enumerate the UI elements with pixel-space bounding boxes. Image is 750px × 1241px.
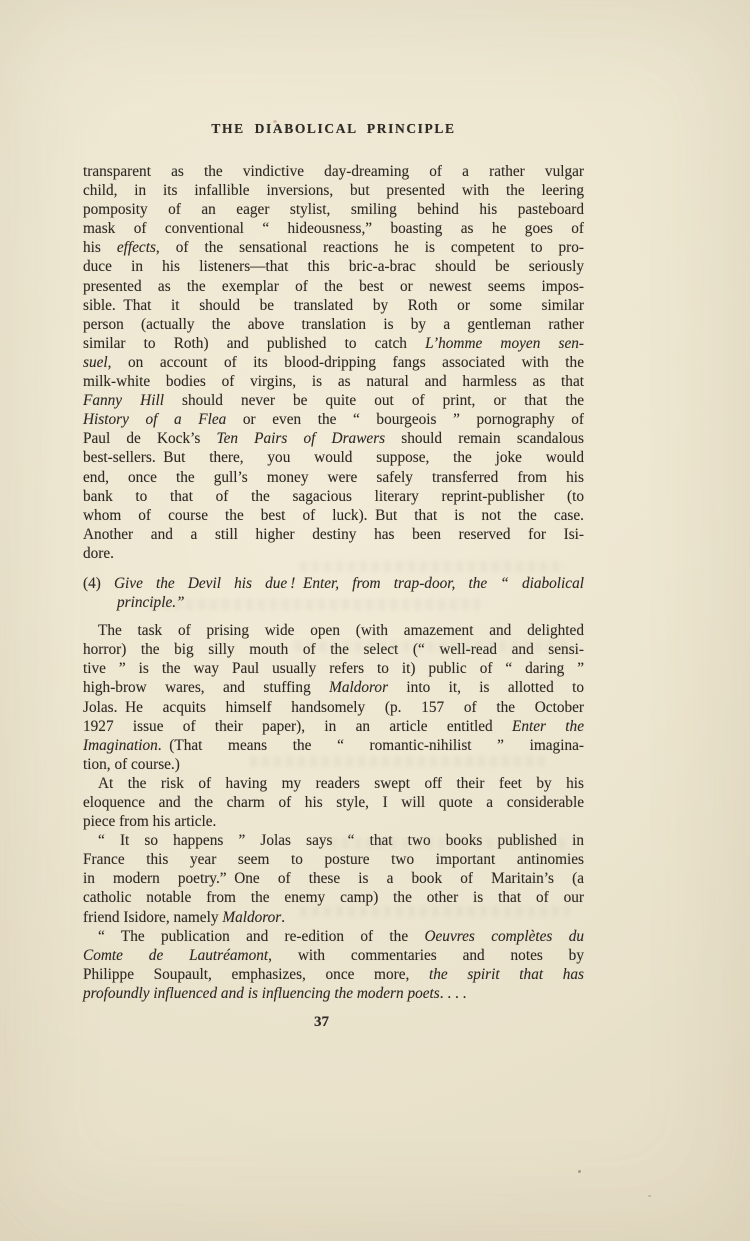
text-line: horror) the big silly mouth of the selec… [83, 640, 584, 659]
section-heading-4: (4) Give the Devil his due ! Enter, from… [83, 574, 584, 612]
text-line: History of a Flea or even the “ bourgeoi… [83, 410, 584, 429]
text-line: profoundly influenced and is influencing… [83, 984, 584, 1003]
paragraph-it-so-happens: “ It so happens ” Jolas says “ that two … [83, 831, 584, 926]
text-line: Another and a still higher destiny has b… [83, 525, 584, 544]
text-line: friend Isidore, namely Maldoror. [83, 908, 584, 927]
text-line: similar to Roth) and published to catch … [83, 334, 584, 353]
text-line: principle.” [83, 593, 584, 612]
text-line: his effects, of the sensational reaction… [83, 238, 584, 257]
text-line: Philippe Soupault, emphasizes, once more… [83, 965, 584, 984]
text-line: mask of conventional “ hideousness,” boa… [83, 219, 584, 238]
text-block: transparent as the vindictive day-dreami… [83, 162, 584, 1003]
text-line: suel, on account of its blood-dripping f… [83, 353, 584, 372]
text-line: At the risk of having my readers swept o… [83, 774, 584, 793]
text-line: piece from his article. [83, 812, 584, 831]
paragraph-task-of-prising: The task of prising wide open (with amaz… [83, 621, 584, 774]
text-line: presented as the exemplar of the best or… [83, 277, 584, 296]
paper-speck [578, 1170, 581, 1173]
text-line: high-brow wares, and stuffing Maldoror i… [83, 678, 584, 697]
text-line: dore. [83, 544, 584, 563]
text-line: child, in its infallible inversions, but… [83, 181, 584, 200]
text-line: tion, of course.) [83, 755, 584, 774]
page-number: 37 [71, 1012, 572, 1032]
text-line: milk-white bodies of virgins, is as natu… [83, 372, 584, 391]
text-line: Comte de Lautréamont, with commentaries … [83, 946, 584, 965]
text-line: “ It so happens ” Jolas says “ that two … [83, 831, 584, 850]
text-line: Paul de Kock’s Ten Pairs of Drawers shou… [83, 429, 584, 448]
text-line: (4) Give the Devil his due ! Enter, from… [83, 574, 584, 593]
text-line: whom of course the best of luck). But th… [83, 506, 584, 525]
text-line: eloquence and the charm of his style, I … [83, 793, 584, 812]
text-line: bank to that of the sagacious literary r… [83, 487, 584, 506]
text-line: in modern poetry.” One of these is a boo… [83, 869, 584, 888]
text-line: pomposity of an eager stylist, smiling b… [83, 200, 584, 219]
text-line: 1927 issue of their paper), in an articl… [83, 717, 584, 736]
text-line: duce in his listeners—that this bric-a-b… [83, 257, 584, 276]
text-line: The task of prising wide open (with amaz… [83, 621, 584, 640]
text-line: end, once the gull’s money were safely t… [83, 468, 584, 487]
text-line: tive ” is the way Paul usually refers to… [83, 659, 584, 678]
text-line: best-sellers. But there, you would suppo… [83, 448, 584, 467]
text-line: Fanny Hill should never be quite out of … [83, 391, 584, 410]
text-line: France this year seem to posture two imp… [83, 850, 584, 869]
text-line: Imagination. (That means the “ romantic-… [83, 736, 584, 755]
paragraph-continuation: transparent as the vindictive day-dreami… [83, 162, 584, 563]
paragraph-the-publication: “ The publication and re-edition of the … [83, 927, 584, 1003]
text-line: “ The publication and re-edition of the … [83, 927, 584, 946]
text-line: transparent as the vindictive day-dreami… [83, 162, 584, 181]
paragraph-at-the-risk: At the risk of having my readers swept o… [83, 774, 584, 831]
paper-speck [648, 1195, 651, 1197]
book-page: THE DIABOLICAL PRINCIPLE transparent as … [0, 0, 750, 1241]
text-line: Jolas. He acquits himself handsomely (p.… [83, 698, 584, 717]
text-line: sible. That it should be translated by R… [83, 296, 584, 315]
text-line: person (actually the above translation i… [83, 315, 584, 334]
text-line: catholic notable from the enemy camp) th… [83, 888, 584, 907]
running-head: THE DIABOLICAL PRINCIPLE [83, 119, 584, 139]
